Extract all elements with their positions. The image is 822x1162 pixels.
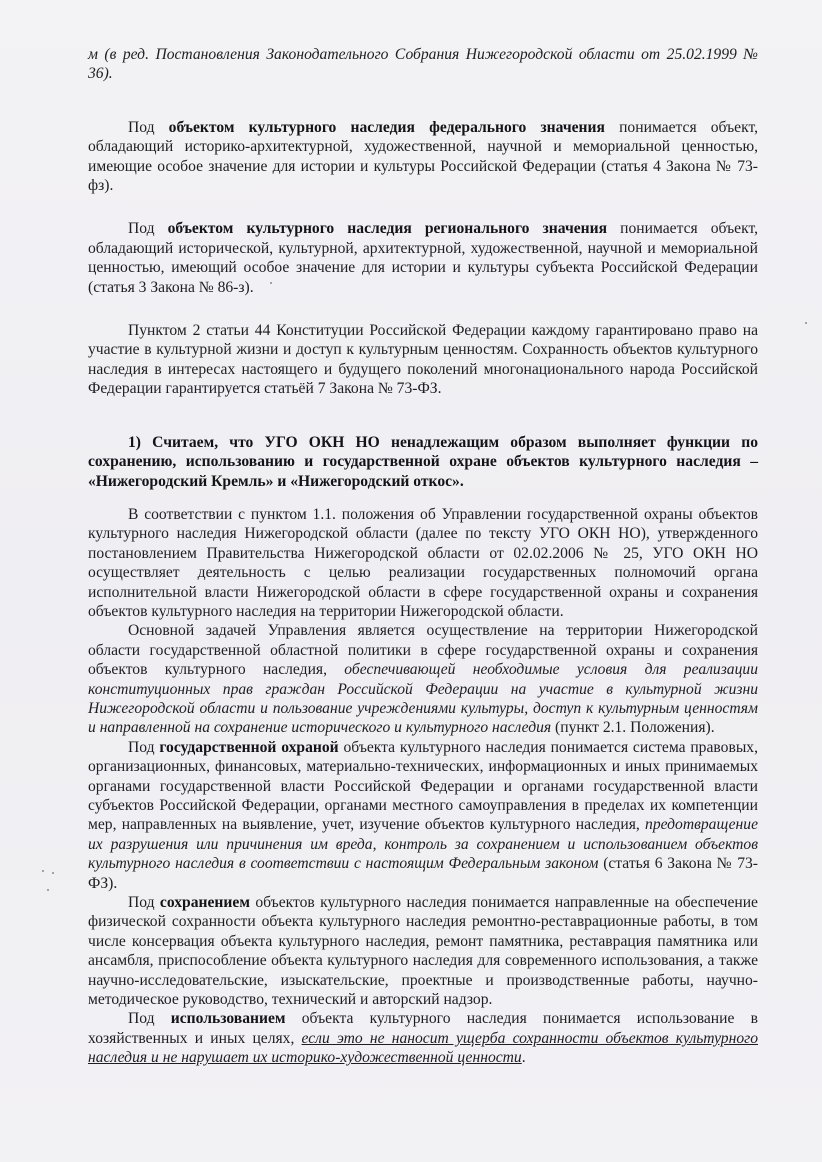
term-state-protection: государственной охраной xyxy=(159,739,338,756)
text: Под xyxy=(128,1010,171,1027)
amendment-note: м (в ред. Постановления Законодательного… xyxy=(88,45,758,84)
text: Под xyxy=(128,739,159,756)
document-body: м (в ред. Постановления Законодательного… xyxy=(88,45,758,1068)
paragraph-use: Под использованием объекта культурного н… xyxy=(88,1009,758,1067)
paragraph-regulation: В соответствии с пунктом 1.1. положения … xyxy=(88,505,758,621)
section-heading-1: 1) Считаем, что УГО ОКН НО ненадлежащим … xyxy=(88,433,758,491)
scanned-page: м (в ред. Постановления Законодательного… xyxy=(0,0,822,1162)
text: . xyxy=(522,1049,526,1066)
text: (пункт 2.1. Положения). xyxy=(551,719,714,736)
term-use: использованием xyxy=(171,1010,286,1027)
paragraph-regional-object: Под объектом культурного наследия регион… xyxy=(88,219,758,297)
amendment-note-text: м (в ред. Постановления Законодательного… xyxy=(88,46,758,82)
paragraph-main-task: Основной задачей Управления является осу… xyxy=(88,621,758,737)
scan-speck xyxy=(47,889,49,891)
text: Под xyxy=(128,894,160,911)
scan-speck xyxy=(42,870,44,872)
scan-speck xyxy=(52,872,54,874)
term-preservation: сохранением xyxy=(160,894,250,911)
scan-speck xyxy=(805,322,807,324)
paragraph-state-protection: Под государственной охраной объекта куль… xyxy=(88,738,758,893)
text: объектов культурного наследия понимается… xyxy=(88,894,758,1008)
text: Под xyxy=(128,220,168,237)
text: Пунктом 2 статьи 44 Конституции Российск… xyxy=(88,322,758,397)
paragraph-federal-object: Под объектом культурного наследия федера… xyxy=(88,118,758,196)
heading-text: 1) Считаем, что УГО ОКН НО ненадлежащим … xyxy=(88,434,758,490)
text: В соответствии с пунктом 1.1. положения … xyxy=(88,506,758,620)
text: Под xyxy=(128,119,169,136)
paragraph-constitution: Пунктом 2 статьи 44 Конституции Российск… xyxy=(88,321,758,399)
paragraph-preservation: Под сохранением объектов культурного нас… xyxy=(88,893,758,1009)
term-regional-object: объектом культурного наследия региональн… xyxy=(168,220,607,237)
term-federal-object: объектом культурного наследия федерально… xyxy=(169,119,605,136)
